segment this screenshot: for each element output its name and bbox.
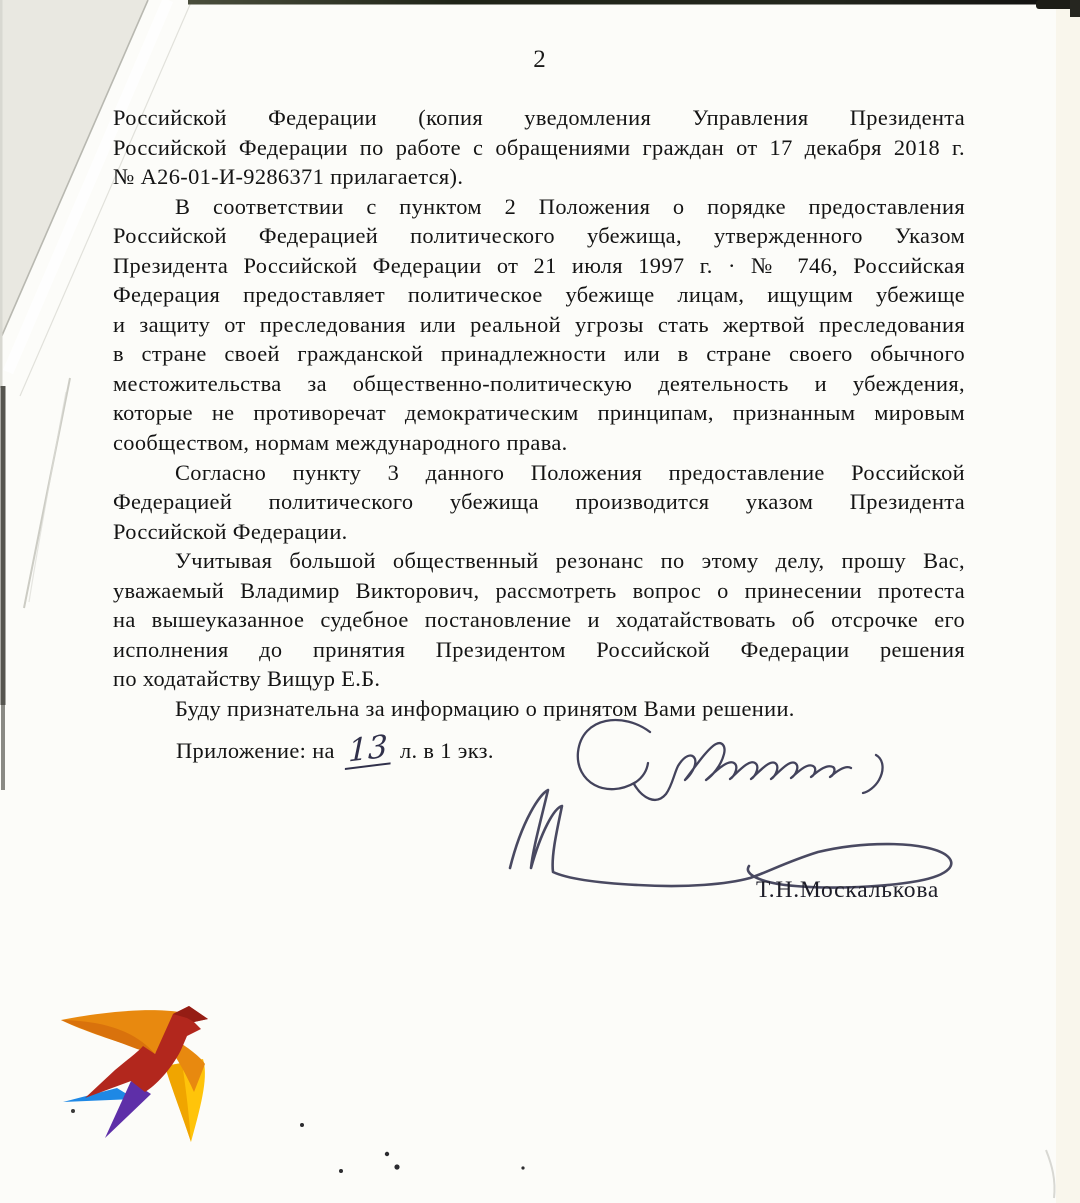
- signatory-name: Т.Н.Москалькова: [756, 877, 939, 904]
- letter-line: Согласно пункту 3 данного Положения пред…: [113, 458, 965, 488]
- top-scan-line: [188, 0, 1080, 17]
- scanned-letter-page: 2 Российской Федерации (копия уведомлени…: [0, 0, 1080, 1203]
- letter-line: уважаемый Владимир Викторович, рассмотре…: [113, 576, 965, 606]
- letter-line: исполнения до принятия Президентом Росси…: [113, 635, 965, 665]
- scanner-background-strip: [1056, 0, 1080, 1203]
- logo-speck: [71, 1109, 75, 1113]
- letter-line: по ходатайству Вищур Е.Б.: [113, 664, 965, 694]
- letter-line: В соответствии с пунктом 2 Положения о п…: [113, 192, 965, 222]
- letter-line: на вышеуказанное судебное постановление …: [113, 605, 965, 635]
- letter-line: и защиту от преследования или реальной у…: [113, 310, 965, 340]
- letter-body: Российской Федерации (копия уведомления …: [113, 103, 965, 723]
- bottom-right-crease: [1046, 1150, 1055, 1198]
- letter-line: Учитывая большой общественный резонанс п…: [113, 546, 965, 576]
- scan-noise: [300, 1123, 525, 1173]
- letter-line: Российской Федерацией политического убеж…: [113, 221, 965, 251]
- letter-line: Президента Российской Федерации от 21 ию…: [113, 251, 965, 281]
- letter-line: Федерацией политического убежища произво…: [113, 487, 965, 517]
- letter-line: № А26-01-И-9286371 прилагается).: [113, 162, 965, 192]
- attachment-line: Приложение: на 13 л. в 1 экз.: [176, 733, 494, 766]
- letter-line: Федерация предоставляет политическое убе…: [113, 280, 965, 310]
- attachment-suffix: л. в 1 экз.: [400, 738, 494, 764]
- letter-line: сообществом, нормам международного права…: [113, 428, 965, 458]
- letter-line: местожительства за общественно-политичес…: [113, 369, 965, 399]
- letter-line: Российской Федерации.: [113, 517, 965, 547]
- letter-line: Российской Федерации (копия уведомления …: [113, 103, 965, 133]
- page-number: 2: [490, 46, 590, 74]
- swallow-bird-logo: [55, 1004, 220, 1152]
- letter-line: которые не противоречат демократическим …: [113, 398, 965, 428]
- attachment-prefix: Приложение: на: [176, 738, 335, 764]
- handwritten-sheet-count: 13: [345, 731, 391, 770]
- letter-line: Российской Федерации по работе с обращен…: [113, 133, 965, 163]
- letter-line: в стране своей гражданской принадлежност…: [113, 339, 965, 369]
